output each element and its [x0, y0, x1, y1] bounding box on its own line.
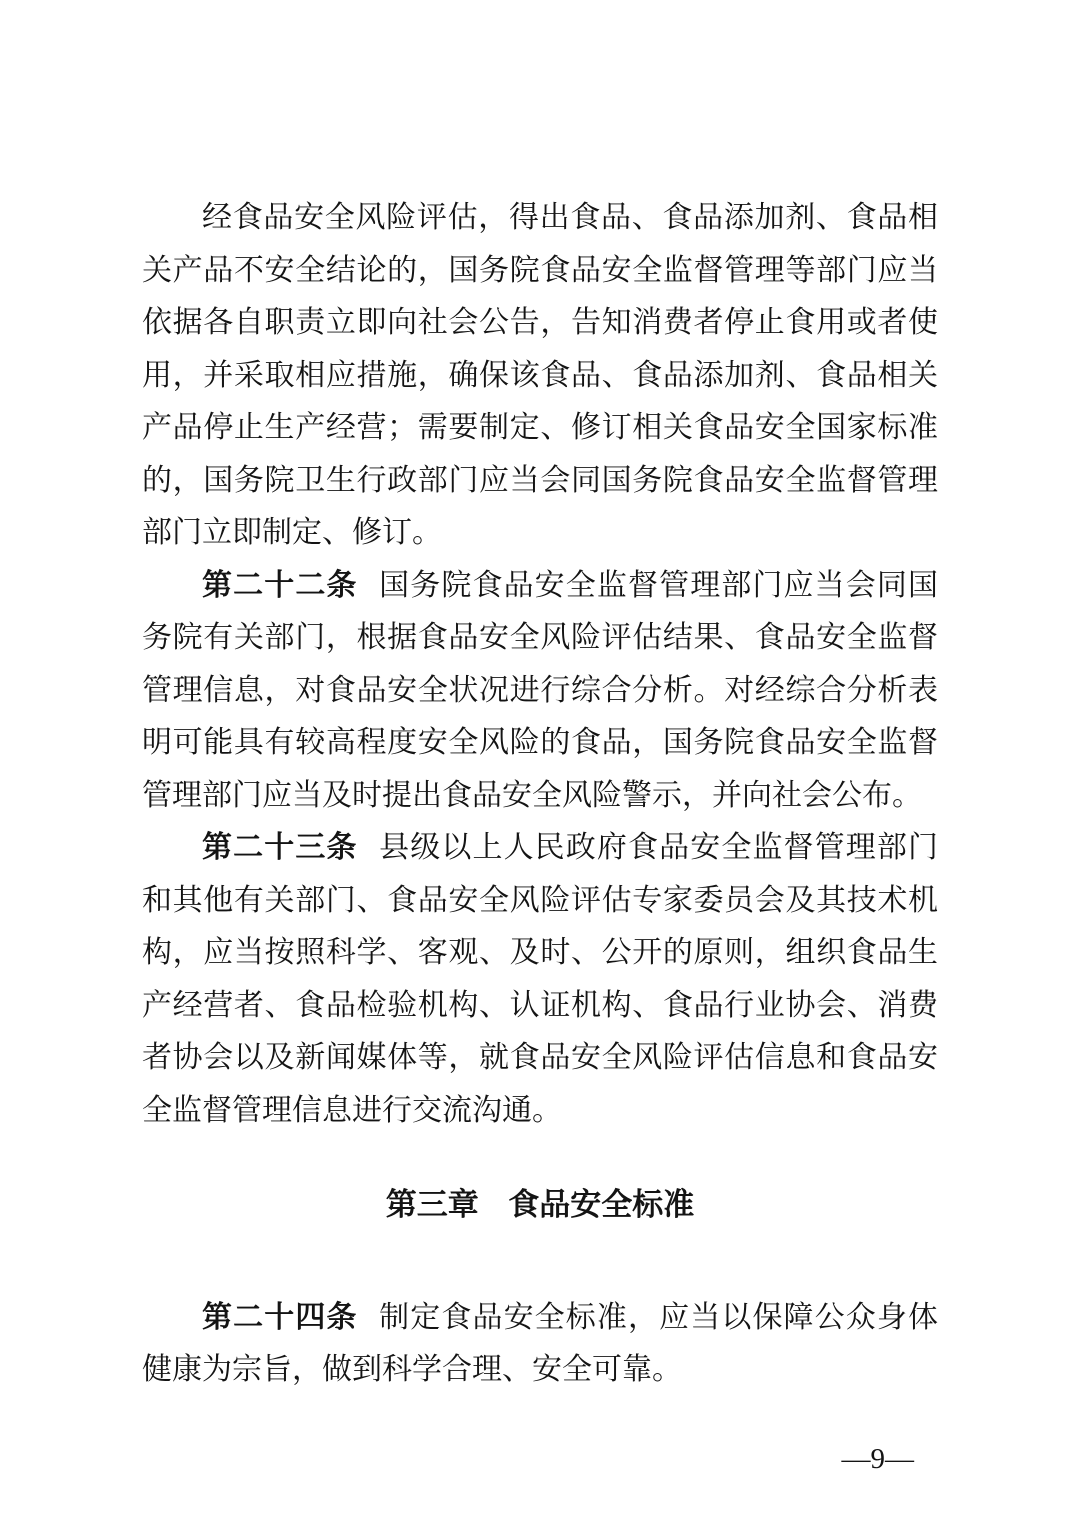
document-page: 经食品安全风险评估，得出食品、食品添加剂、食品相关产品不安全结论的，国务院食品安…: [0, 0, 1074, 1520]
continuation-paragraph: 经食品安全风险评估，得出食品、食品添加剂、食品相关产品不安全结论的，国务院食品安…: [142, 192, 938, 560]
document-body: 经食品安全风险评估，得出食品、食品添加剂、食品相关产品不安全结论的，国务院食品安…: [142, 192, 938, 1397]
paragraph-text: 国务院食品安全监督管理部门应当会同国务院有关部门，根据食品安全风险评估结果、食品…: [142, 569, 938, 812]
article-22-paragraph: 第二十二条国务院食品安全监督管理部门应当会同国务院有关部门，根据食品安全风险评估…: [142, 560, 938, 823]
chapter-heading: 第三章食品安全标准: [142, 1179, 938, 1232]
page-number: —9—: [842, 1443, 915, 1476]
paragraph-text: 县级以上人民政府食品安全监督管理部门和其他有关部门、食品安全风险评估专家委员会及…: [142, 831, 938, 1127]
article-23-number: 第二十三条: [202, 831, 358, 864]
article-22-number: 第二十二条: [202, 569, 358, 602]
chapter-number: 第三章: [386, 1187, 479, 1222]
paragraph-text: 经食品安全风险评估，得出食品、食品添加剂、食品相关产品不安全结论的，国务院食品安…: [142, 201, 938, 549]
article-24-paragraph: 第二十四条制定食品安全标准，应当以保障公众身体健康为宗旨，做到科学合理、安全可靠…: [142, 1292, 938, 1397]
article-23-paragraph: 第二十三条县级以上人民政府食品安全监督管理部门和其他有关部门、食品安全风险评估专…: [142, 822, 938, 1137]
chapter-title: 食品安全标准: [508, 1187, 694, 1222]
article-24-number: 第二十四条: [202, 1301, 358, 1334]
